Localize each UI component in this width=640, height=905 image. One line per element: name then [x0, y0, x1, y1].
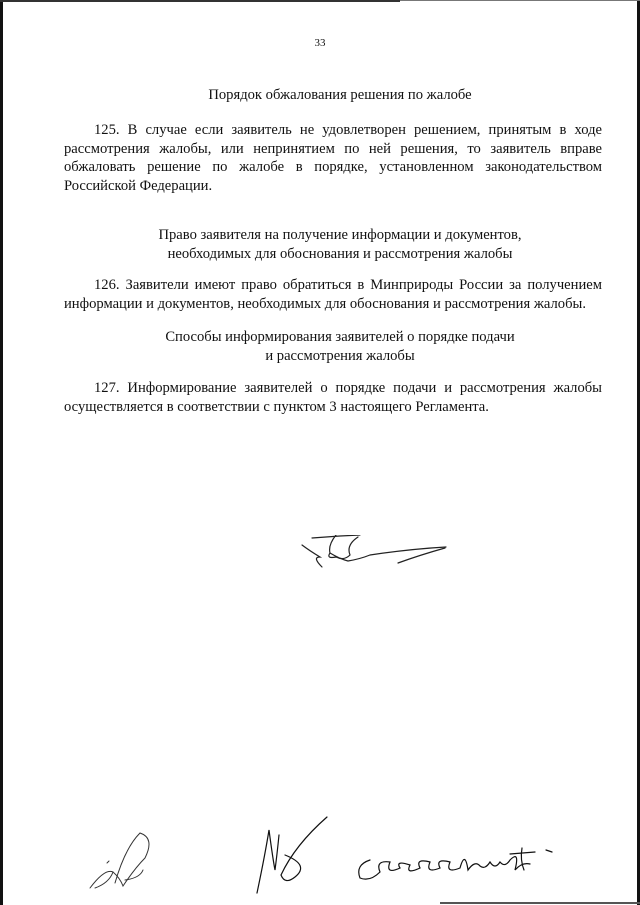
- heading-line: Право заявителя на получение информации …: [0, 226, 640, 245]
- heading-line: и рассмотрения жалобы: [0, 347, 640, 366]
- paragraph-text: 126. Заявители имеют право обратиться в …: [64, 276, 602, 313]
- page-border-top-faint: [400, 0, 640, 1]
- heading-line: Способы информирования заявителей о поря…: [0, 328, 640, 347]
- paragraph-text: 127. Информирование заявителей о порядке…: [64, 379, 602, 416]
- section-heading-informing: Способы информирования заявителей о поря…: [0, 328, 640, 366]
- page-border-top: [0, 0, 400, 2]
- bottom-right-signature-icon: [350, 840, 565, 890]
- page-border-bottom: [440, 902, 640, 904]
- paragraph-125: 125. В случае если заявитель не удовлетв…: [64, 121, 602, 195]
- section-heading-appeal: Порядок обжалования решения по жалобе: [0, 86, 640, 105]
- center-signature-icon: [300, 535, 450, 585]
- section-heading-right-to-info: Право заявителя на получение информации …: [0, 226, 640, 264]
- paragraph-126: 126. Заявители имеют право обратиться в …: [64, 276, 602, 313]
- page-number: 33: [0, 37, 640, 49]
- heading-line: необходимых для обоснования и рассмотрен…: [0, 245, 640, 264]
- paragraph-127: 127. Информирование заявителей о порядке…: [64, 379, 602, 416]
- paragraph-text: 125. В случае если заявитель не удовлетв…: [64, 121, 602, 195]
- heading-line: Порядок обжалования решения по жалобе: [0, 86, 640, 105]
- bottom-middle-signature-icon: [255, 815, 330, 895]
- page-border-left: [0, 0, 3, 905]
- bottom-left-signature-icon: [85, 828, 155, 893]
